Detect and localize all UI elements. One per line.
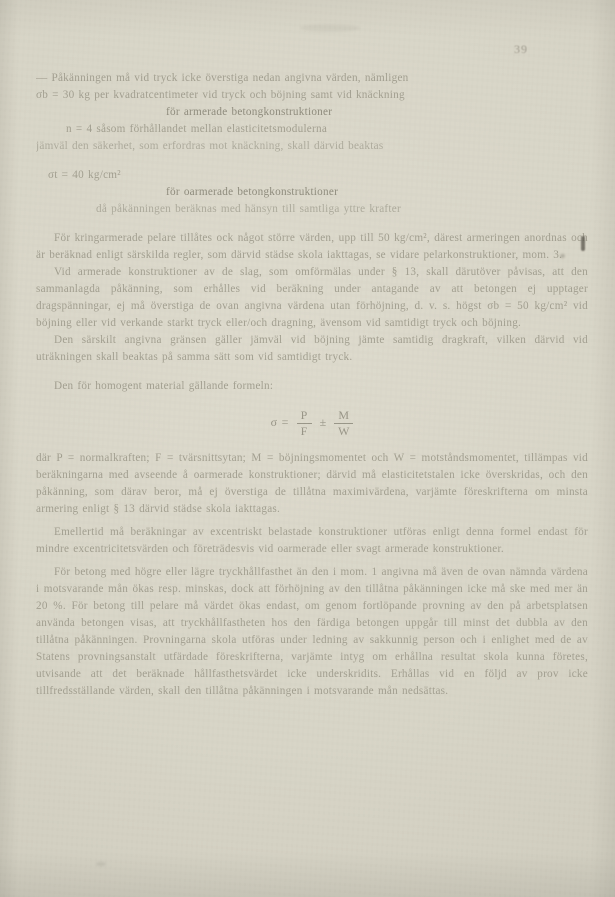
text-line: σb = 30 kg per kvadratcentimeter vid try…	[36, 87, 588, 104]
paper-smudge	[300, 24, 360, 32]
plus-minus-operator: ±	[320, 415, 327, 429]
text-line: för oarmerade betongkonstruktioner	[166, 184, 588, 201]
paragraph: För betong med högre eller lägre tryckhå…	[36, 564, 588, 700]
scanned-page: 39 — Påkänningen må vid tryck icke övers…	[0, 0, 615, 897]
text-line: för armerade betongkonstruktioner	[166, 104, 588, 121]
text-line: σt = 40 kg/cm²	[48, 167, 588, 184]
paragraph: För kringarmerade pelare tillåtes ock nå…	[36, 230, 588, 264]
paper-speck	[96, 862, 106, 866]
text-line: n = 4 såsom förhållandet mellan elastici…	[66, 121, 588, 138]
fraction-P-F-denominator: F	[297, 424, 312, 438]
fraction-P-F-numerator: P	[297, 409, 312, 424]
fraction-P-F: PF	[297, 409, 312, 438]
text-line: — Påkänningen må vid tryck icke överstig…	[36, 70, 588, 87]
text-line: då påkänningen beräknas med hänsyn till …	[96, 201, 588, 218]
text-line: jämväl den säkerhet, som erfordras mot k…	[36, 138, 588, 155]
formula: σ =PF±MW	[36, 409, 588, 438]
fraction-M-W-denominator: W	[334, 424, 353, 438]
page-text: — Påkänningen må vid tryck icke överstig…	[36, 70, 588, 700]
paragraph: Vid armerade konstruktioner av de slag, …	[36, 264, 588, 332]
formula-lhs: σ =	[271, 415, 289, 429]
fraction-M-W-numerator: M	[334, 409, 353, 424]
paragraph: där P = normalkraften; F = tvärsnittsyta…	[36, 450, 588, 518]
ink-blot-mark	[581, 236, 585, 251]
paragraph: Den särskilt angivna gränsen gäller jämv…	[36, 332, 588, 366]
paper-speck	[560, 254, 565, 258]
paragraph: Den för homogent material gällande forme…	[36, 378, 588, 395]
fraction-M-W: MW	[334, 409, 353, 438]
paragraph: Emellertid må beräkningar av excentriskt…	[36, 524, 588, 558]
page-number: 39	[514, 42, 528, 57]
